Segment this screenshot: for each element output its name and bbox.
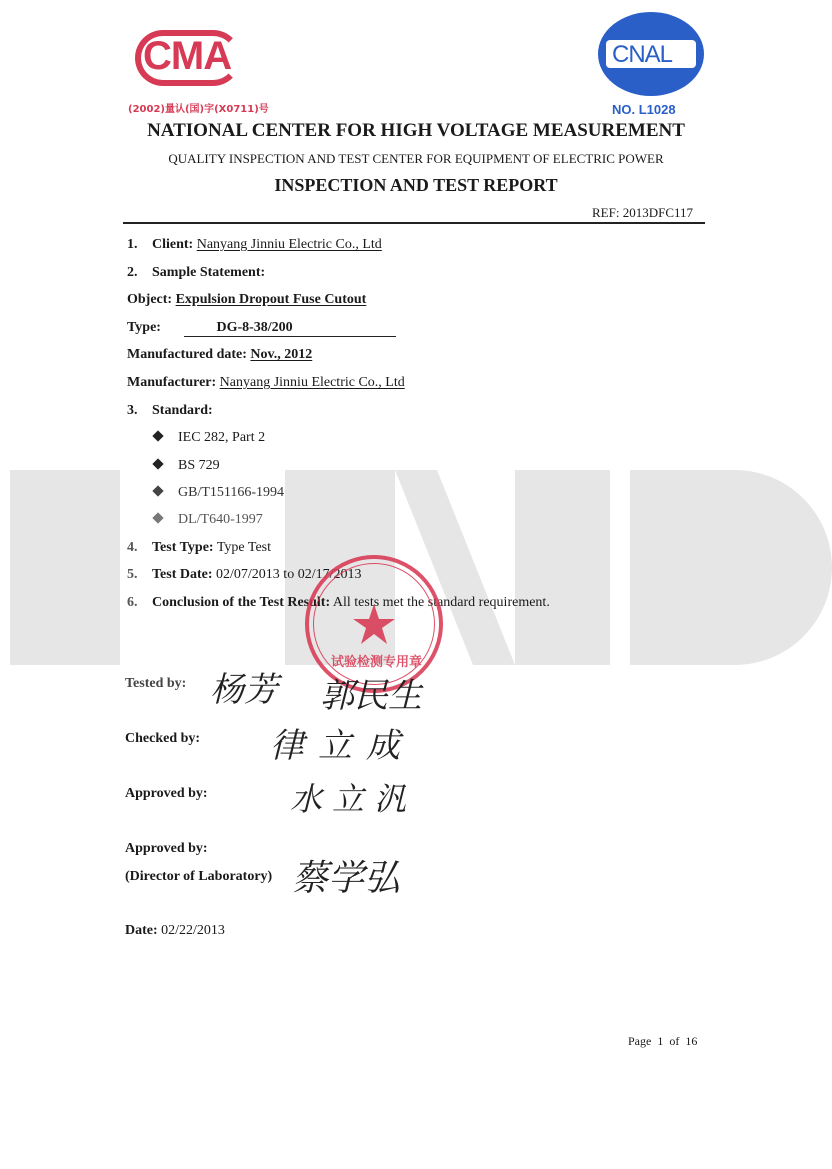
tested-by-label: Tested by: [125, 676, 186, 692]
bullet-icon [152, 512, 163, 523]
standard-item: DL/T640-1997 [154, 512, 263, 528]
cma-caption: (2002)量认(国)字(X0711)号 [128, 100, 269, 115]
approved-by-label-2: Approved by: [125, 841, 208, 857]
test-type-row: 4.Test Type: Type Test [127, 540, 271, 556]
approved-by-signature: 水立汎 [290, 774, 416, 820]
standard-row: 3.Standard: [127, 403, 213, 419]
cma-logo: CMA [135, 30, 245, 92]
report-ref: REF: 2013DFC117 [592, 205, 693, 221]
date-row: Date: 02/22/2013 [125, 923, 225, 939]
object-value: Expulsion Dropout Fuse Cutout [176, 292, 367, 307]
checked-by-label: Checked by: [125, 731, 200, 747]
bullet-icon [152, 458, 163, 469]
standard-item: GB/T151166-1994 [154, 485, 284, 501]
type-value: DG-8-38/200 [184, 320, 396, 337]
director-label: (Director of Laboratory) [125, 869, 272, 885]
approved-by-label: Approved by: [125, 786, 208, 802]
star-icon [352, 602, 396, 646]
mfg-date-row: Manufactured date: Nov., 2012 [127, 347, 312, 363]
tested-by-signature-2: 郭民生 [320, 668, 422, 717]
manufacturer-value: Nanyang Jinniu Electric Co., Ltd [220, 375, 405, 390]
header-divider [123, 222, 705, 224]
client-value: Nanyang Jinniu Electric Co., Ltd [197, 237, 382, 252]
standard-item: IEC 282, Part 2 [154, 430, 265, 446]
object-row: Object: Expulsion Dropout Fuse Cutout [127, 292, 366, 308]
org-subtitle: QUALITY INSPECTION AND TEST CENTER FOR E… [0, 151, 832, 167]
standard-item: BS 729 [154, 458, 220, 474]
manufacturer-row: Manufacturer: Nanyang Jinniu Electric Co… [127, 375, 405, 391]
report-title: INSPECTION AND TEST REPORT [0, 175, 832, 196]
org-name: NATIONAL CENTER FOR HIGH VOLTAGE MEASURE… [0, 120, 832, 142]
client-row: 1.Client: Nanyang Jinniu Electric Co., L… [127, 237, 382, 253]
sample-row: 2.Sample Statement: [127, 265, 265, 281]
cnal-logo: CNAL [598, 12, 708, 96]
checked-by-signature: 律立成 [270, 718, 414, 767]
type-row: Type: DG-8-38/200 [127, 320, 396, 337]
tested-by-signature: 杨芳 [210, 662, 278, 711]
page-number: Page 1 of 16 [628, 1034, 697, 1049]
bullet-icon [152, 485, 163, 496]
bullet-icon [152, 430, 163, 441]
mfg-date-value: Nov., 2012 [250, 347, 312, 362]
cnal-caption: NO. L1028 [612, 102, 676, 117]
director-signature: 蔡学弘 [292, 850, 400, 901]
